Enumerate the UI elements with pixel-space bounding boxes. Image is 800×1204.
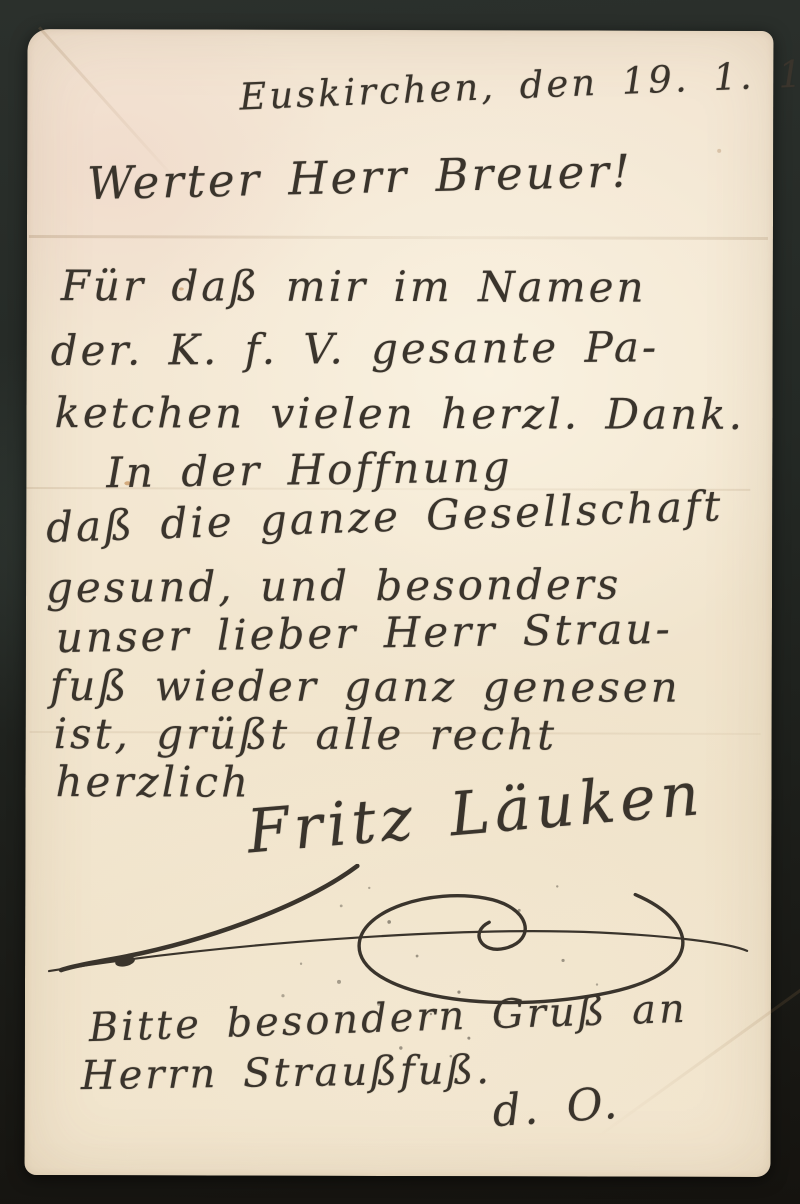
scan-backdrop: Euskirchen, den 19. 1. 17. Werter Herr B…	[0, 0, 800, 1204]
crease-mark	[29, 235, 768, 240]
postcard: Euskirchen, den 19. 1. 17. Werter Herr B…	[25, 29, 774, 1177]
body-line: ketchen vielen herzl. Dank.	[54, 388, 745, 439]
body-line: unser lieber Herr Strau-	[56, 604, 673, 662]
body-line: der. K. f. V. gesante Pa-	[51, 322, 660, 375]
body-line: gesund, und besonders	[46, 560, 622, 613]
body-line: fuß wieder ganz genesen	[50, 661, 681, 712]
initials: d. O.	[491, 1078, 622, 1137]
dateline: Euskirchen, den 19. 1. 17.	[238, 51, 800, 119]
salutation: Werter Herr Breuer!	[86, 144, 633, 210]
body-line: herzlich	[55, 757, 251, 807]
body-line: Für daß mir im Namen	[61, 261, 647, 312]
postscript-line: Herrn Straußfuß.	[80, 1047, 492, 1099]
stain-speck	[717, 149, 721, 153]
body-line: ist, grüßt alle recht	[54, 709, 557, 759]
signature: Fritz Läuken	[244, 759, 706, 867]
